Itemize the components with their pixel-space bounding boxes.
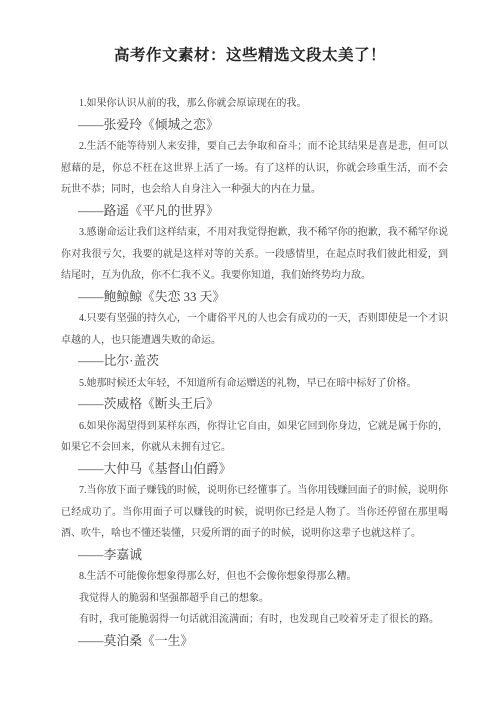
- paragraph: 5.她那时候还太年轻，不知道所有命运赠送的礼物，早已在暗中标好了价格。: [61, 373, 448, 395]
- document-page: 高考作文素材：这些精选文段太美了！ 1.如果你认识从前的我，那么你就会原谅现在的…: [0, 0, 500, 708]
- paragraph: ——茨威格《断头王后》: [61, 394, 448, 416]
- paragraph: 7.当你放下面子赚钱的时候，说明你已经懂事了。当你用钱赚回面子的时候，说明你已经…: [61, 480, 448, 545]
- document-body: 1.如果你认识从前的我，那么你就会原谅现在的我。——张爱玲《倾城之恋》2.生活不…: [61, 93, 448, 652]
- paragraph: ——张爱玲《倾城之恋》: [61, 115, 448, 137]
- paragraph: ——大仲马《基督山伯爵》: [61, 459, 448, 481]
- paragraph: 1.如果你认识从前的我，那么你就会原谅现在的我。: [61, 93, 448, 115]
- paragraph: ——莫泊桑《一生》: [61, 631, 448, 653]
- paragraph: 8.生活不可能像你想象得那么好，但也不会像你想象得那么糟。: [61, 566, 448, 588]
- paragraph: ——李嘉诚: [61, 545, 448, 567]
- page-title: 高考作文素材：这些精选文段太美了！: [30, 46, 470, 66]
- paragraph: 6.如果你渴望得到某样东西，你得让它自由，如果它回到你身边，它就是属于你的，如果…: [61, 416, 448, 459]
- paragraph: 2.生活不能等待别人来安排，要自己去争取和奋斗；而不论其结果是喜是悲，但可以慰藉…: [61, 136, 448, 201]
- paragraph: ——鲍鲸鲸《失恋 33 天》: [61, 287, 448, 309]
- paragraph: 我觉得人的脆弱和坚强都超乎自己的想象。: [61, 588, 448, 610]
- paragraph: 3.感谢命运让我们这样结束，不用对我觉得抱歉，我不稀罕你的抱歉，我不稀罕你说你对…: [61, 222, 448, 287]
- paragraph: ——比尔·盖茨: [61, 351, 448, 373]
- paragraph: ——路遥《平凡的世界》: [61, 201, 448, 223]
- paragraph: 有时，我可能脆弱得一句话就泪流满面；有时，也发现自己咬着牙走了很长的路。: [61, 609, 448, 631]
- paragraph: 4.只要有坚强的持久心，一个庸俗平凡的人也会有成功的一天，否则即使是一个才识卓越…: [61, 308, 448, 351]
